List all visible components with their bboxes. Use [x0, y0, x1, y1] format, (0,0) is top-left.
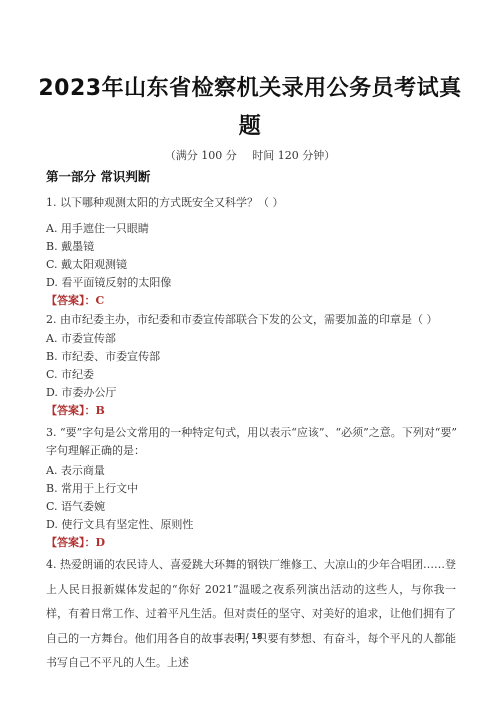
question-1-answer: 【答案】：C	[46, 292, 104, 308]
question-3-option-c: C. 语气委婉	[46, 498, 105, 514]
question-1-option-c: C. 戴太阳观测镜	[46, 256, 127, 272]
question-1-option-a: A. 用手遮住一只眼睛	[46, 220, 149, 236]
question-3-option-d: D. 使行文具有坚定性、原则性	[46, 516, 193, 532]
question-2-answer: 【答案】：B	[46, 402, 105, 418]
question-2-option-d: D. 市委办公厅	[46, 384, 116, 400]
full-score: （满分 100 分	[165, 149, 237, 162]
question-4-stem: 4. 热爱朗诵的农民诗人、喜爱跳大环舞的钢铁厂维修工、大凉山的少年合唱团……登上…	[46, 553, 456, 676]
question-2-option-b: B. 市纪委、市委宣传部	[46, 348, 160, 364]
document-title: 2023年山东省检察机关录用公务员考试真 题	[0, 70, 500, 146]
exam-info: （满分 100 分 时间 120 分钟）	[0, 147, 500, 163]
question-3-option-a: A. 表示商量	[46, 462, 105, 478]
question-1-option-d: D. 看平面镜反射的太阳像	[46, 274, 171, 290]
question-2-option-a: A. 市委宣传部	[46, 330, 116, 346]
question-2-stem: 2. 由市纪委主办，市纪委和市委宣传部联合下发的公文，需要加盖的印章是（ ）	[46, 312, 438, 327]
question-2-option-c: C. 市纪委	[46, 366, 94, 382]
page-indicator: 1 / 18	[0, 632, 500, 641]
question-3-stem-line-1: 3. “要”字句是公文常用的一种特定句式，用以表示“应该”、“必须”之意。下列对…	[46, 425, 457, 440]
question-3-option-b: B. 常用于上行文中	[46, 480, 138, 496]
time-limit: 时间 120 分钟）	[252, 149, 335, 162]
question-3-answer: 【答案】：D	[46, 534, 105, 550]
title-line-2: 题	[0, 108, 500, 146]
section-heading: 第一部分 常识判断	[46, 167, 150, 185]
question-1-stem: 1. 以下哪种观测太阳的方式既安全又科学？（ ）	[46, 195, 284, 210]
question-3-stem-line-2: 字句理解正确的是：	[46, 443, 145, 458]
question-1-option-b: B. 戴墨镜	[46, 238, 94, 254]
title-line-1: 2023年山东省检察机关录用公务员考试真	[0, 70, 500, 108]
